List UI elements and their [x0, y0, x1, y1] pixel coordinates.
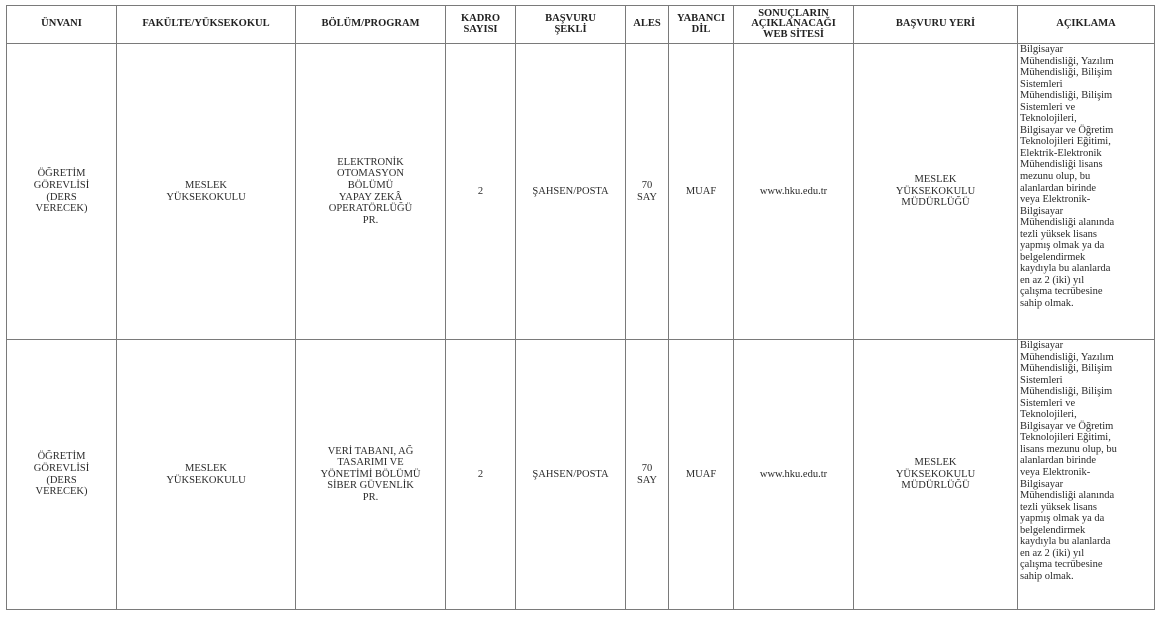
cell-aciklama: BilgisayarMühendisliği, YazılımMühendisl…: [1018, 44, 1155, 340]
text-line: Sistemleri: [1020, 79, 1152, 91]
text-line: BÖLÜM/PROGRAM: [298, 19, 443, 30]
text-line: çalışma tecrübesine: [1020, 559, 1152, 571]
text-line: MESLEK: [119, 180, 293, 192]
text-line: ELEKTRONİK: [298, 157, 443, 169]
text-line: KADRO: [448, 14, 513, 25]
text-line: Teknolojileri,: [1020, 113, 1152, 125]
text-line: ŞEKLİ: [518, 25, 623, 36]
cell-ales: 70SAY: [626, 44, 669, 340]
text-line: alanlardan birinde: [1020, 455, 1152, 467]
text-line: ÖĞRETİM: [9, 168, 114, 180]
text-line: DİL: [671, 25, 731, 36]
cell-kadro: 2: [446, 44, 516, 340]
table-row: ÖĞRETİMGÖREVLİSİ(DERSVERECEK) MESLEKYÜKS…: [7, 44, 1155, 340]
text-line: VERECEK): [9, 486, 114, 498]
text-line: Bilgisayar: [1020, 44, 1152, 56]
text-line: OPERATÖRLÜĞÜ: [298, 203, 443, 215]
text-line: yapmış olmak ya da: [1020, 240, 1152, 252]
cell-bolum: VERİ TABANI, AĞTASARIMI VEYÖNETİMİ BÖLÜM…: [296, 340, 446, 610]
text-line: GÖREVLİSİ: [9, 463, 114, 475]
text-line: MESLEK: [856, 457, 1015, 469]
cell-web-sitesi: www.hku.edu.tr: [734, 340, 854, 610]
text-line: Mühendisliği, Bilişim: [1020, 90, 1152, 102]
text-line: tezli yüksek lisans: [1020, 229, 1152, 241]
text-line: en az 2 (iki) yıl: [1020, 548, 1152, 560]
text-line: AÇIKLAMA: [1020, 19, 1152, 30]
cell-fakulte: MESLEKYÜKSEKOKULU: [117, 340, 296, 610]
text-line: 70: [628, 180, 666, 192]
text-line: Mühendisliği alanında: [1020, 217, 1152, 229]
header-fakulte: FAKÜLTE/YÜKSEKOKUL: [117, 6, 296, 44]
text-line: ALES: [628, 19, 666, 30]
text-line: en az 2 (iki) yıl: [1020, 275, 1152, 287]
cell-unvan: ÖĞRETİMGÖREVLİSİ(DERSVERECEK): [7, 44, 117, 340]
header-ales: ALES: [626, 6, 669, 44]
text-line: BAŞVURU: [518, 14, 623, 25]
text-line: Sistemleri ve: [1020, 102, 1152, 114]
header-web-sitesi: SONUÇLARINAÇIKLANACAĞIWEB SİTESİ: [734, 6, 854, 44]
text-line: çalışma tecrübesine: [1020, 286, 1152, 298]
header-basvuru-sekli: BAŞVURUŞEKLİ: [516, 6, 626, 44]
text-line: ŞAHSEN/POSTA: [518, 186, 623, 198]
text-line: MUAF: [671, 186, 731, 198]
cell-yabanci-dil: MUAF: [669, 44, 734, 340]
text-line: Sistemleri ve: [1020, 398, 1152, 410]
header-yabanci-dil: YABANCIDİL: [669, 6, 734, 44]
text-line: belgelendirmek: [1020, 525, 1152, 537]
text-line: YÜKSEKOKULU: [119, 475, 293, 487]
text-line: PR.: [298, 215, 443, 227]
text-line: www.hku.edu.tr: [736, 469, 851, 481]
cell-web-sitesi: www.hku.edu.tr: [734, 44, 854, 340]
text-line: PR.: [298, 492, 443, 504]
cell-unvan: ÖĞRETİMGÖREVLİSİ(DERSVERECEK): [7, 340, 117, 610]
table-row: ÖĞRETİMGÖREVLİSİ(DERSVERECEK) MESLEKYÜKS…: [7, 340, 1155, 610]
text-line: Mühendisliği, Yazılım: [1020, 56, 1152, 68]
cell-fakulte: MESLEKYÜKSEKOKULU: [117, 44, 296, 340]
header-unvan: ÜNVANI: [7, 6, 117, 44]
text-line: YAPAY ZEKÂ: [298, 192, 443, 204]
text-line: veya Elektronik-: [1020, 467, 1152, 479]
text-line: Bilgisayar ve Öğretim: [1020, 421, 1152, 433]
text-line: SİBER GÜVENLİK: [298, 480, 443, 492]
text-line: 70: [628, 463, 666, 475]
cell-basvuru-sekli: ŞAHSEN/POSTA: [516, 340, 626, 610]
text-line: BÖLÜMÜ: [298, 180, 443, 192]
text-line: lisans mezunu olup, bu: [1020, 444, 1152, 456]
cell-basvuru-yeri: MESLEKYÜKSEKOKULUMÜDÜRLÜĞÜ: [854, 340, 1018, 610]
cell-bolum: ELEKTRONİKOTOMASYONBÖLÜMÜYAPAY ZEKÂOPERA…: [296, 44, 446, 340]
text-line: veya Elektronik-: [1020, 194, 1152, 206]
text-line: kaydıyla bu alanlarda: [1020, 263, 1152, 275]
cell-ales: 70SAY: [626, 340, 669, 610]
text-line: ÜNVANI: [9, 19, 114, 30]
text-line: kaydıyla bu alanlarda: [1020, 536, 1152, 548]
job-listing-table: ÜNVANI FAKÜLTE/YÜKSEKOKUL BÖLÜM/PROGRAM …: [6, 5, 1155, 610]
text-line: mezunu olup, bu: [1020, 171, 1152, 183]
text-line: Teknolojileri Eğitimi,: [1020, 432, 1152, 444]
text-line: MESLEK: [119, 463, 293, 475]
text-line: Mühendisliği alanında: [1020, 490, 1152, 502]
text-line: Mühendisliği, Yazılım: [1020, 352, 1152, 364]
text-line: YÖNETİMİ BÖLÜMÜ: [298, 469, 443, 481]
text-line: www.hku.edu.tr: [736, 186, 851, 198]
text-line: Mühendisliği, Bilişim: [1020, 363, 1152, 375]
text-line: Bilgisayar: [1020, 340, 1152, 352]
text-line: VERECEK): [9, 203, 114, 215]
cell-aciklama: BilgisayarMühendisliği, YazılımMühendisl…: [1018, 340, 1155, 610]
text-line: MÜDÜRLÜĞÜ: [856, 197, 1015, 209]
text-line: tezli yüksek lisans: [1020, 502, 1152, 514]
text-line: 2: [448, 186, 513, 198]
text-line: MÜDÜRLÜĞÜ: [856, 480, 1015, 492]
text-line: WEB SİTESİ: [736, 30, 851, 41]
text-line: YABANCI: [671, 14, 731, 25]
text-line: ŞAHSEN/POSTA: [518, 469, 623, 481]
text-line: (DERS: [9, 475, 114, 487]
text-line: belgelendirmek: [1020, 252, 1152, 264]
text-line: 2: [448, 469, 513, 481]
header-bolum: BÖLÜM/PROGRAM: [296, 6, 446, 44]
text-line: SAY: [628, 475, 666, 487]
cell-kadro: 2: [446, 340, 516, 610]
text-line: OTOMASYON: [298, 168, 443, 180]
text-line: YÜKSEKOKULU: [856, 469, 1015, 481]
text-line: Sistemleri: [1020, 375, 1152, 387]
text-line: sahip olmak.: [1020, 298, 1152, 310]
text-line: Elektrik-Elektronik: [1020, 148, 1152, 160]
text-line: YÜKSEKOKULU: [119, 192, 293, 204]
cell-basvuru-yeri: MESLEKYÜKSEKOKULUMÜDÜRLÜĞÜ: [854, 44, 1018, 340]
text-line: Bilgisayar: [1020, 206, 1152, 218]
text-line: GÖREVLİSİ: [9, 180, 114, 192]
text-line: ÖĞRETİM: [9, 451, 114, 463]
text-line: Mühendisliği, Bilişim: [1020, 386, 1152, 398]
text-line: Mühendisliği, Bilişim: [1020, 67, 1152, 79]
text-line: sahip olmak.: [1020, 571, 1152, 583]
text-line: MESLEK: [856, 174, 1015, 186]
text-line: Mühendisliği lisans: [1020, 159, 1152, 171]
text-line: VERİ TABANI, AĞ: [298, 446, 443, 458]
header-aciklama: AÇIKLAMA: [1018, 6, 1155, 44]
cell-yabanci-dil: MUAF: [669, 340, 734, 610]
header-kadro: KADROSAYISI: [446, 6, 516, 44]
text-line: FAKÜLTE/YÜKSEKOKUL: [119, 19, 293, 30]
cell-basvuru-sekli: ŞAHSEN/POSTA: [516, 44, 626, 340]
text-line: TASARIMI VE: [298, 457, 443, 469]
text-line: Bilgisayar: [1020, 479, 1152, 491]
text-line: alanlardan birinde: [1020, 183, 1152, 195]
text-line: BAŞVURU YERİ: [856, 19, 1015, 30]
header-row: ÜNVANI FAKÜLTE/YÜKSEKOKUL BÖLÜM/PROGRAM …: [7, 6, 1155, 44]
text-line: yapmış olmak ya da: [1020, 513, 1152, 525]
header-basvuru-yeri: BAŞVURU YERİ: [854, 6, 1018, 44]
text-line: MUAF: [671, 469, 731, 481]
text-line: SAYISI: [448, 25, 513, 36]
text-line: YÜKSEKOKULU: [856, 186, 1015, 198]
text-line: Teknolojileri Eğitimi,: [1020, 136, 1152, 148]
text-line: (DERS: [9, 192, 114, 204]
text-line: SAY: [628, 192, 666, 204]
text-line: Teknolojileri,: [1020, 409, 1152, 421]
text-line: Bilgisayar ve Öğretim: [1020, 125, 1152, 137]
